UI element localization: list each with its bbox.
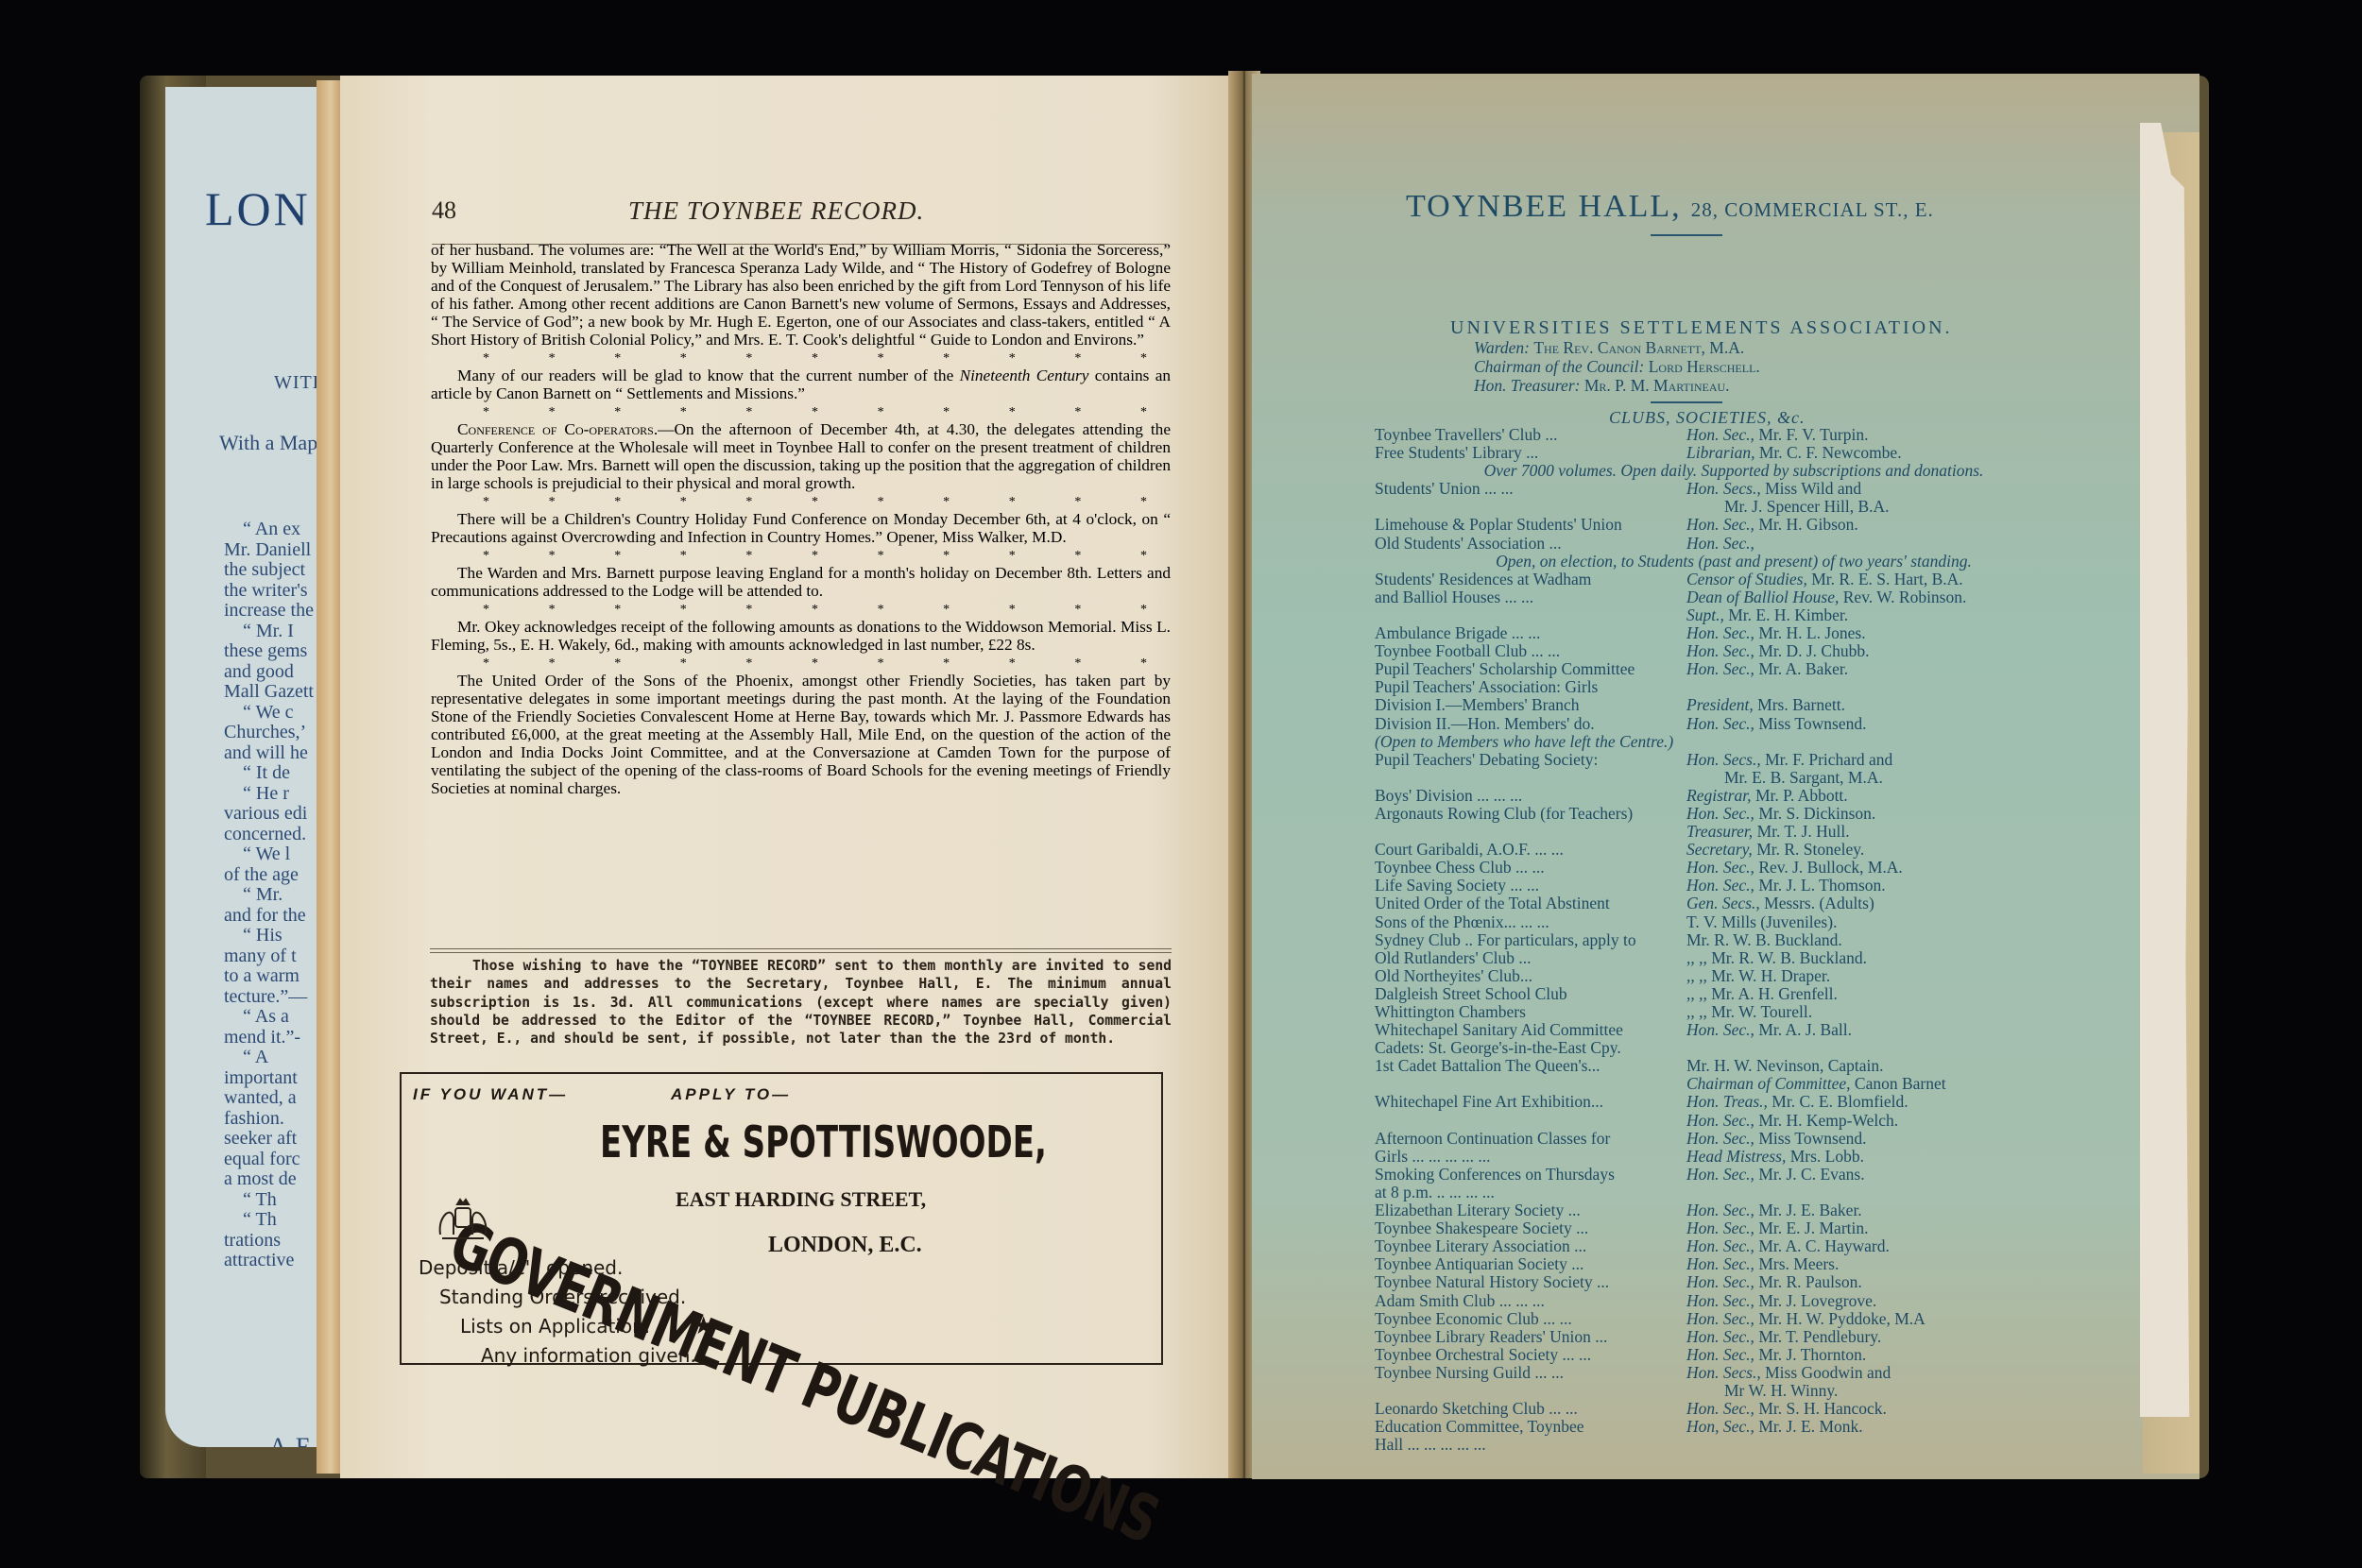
ad-street: EAST HARDING STREET, bbox=[676, 1187, 926, 1212]
paragraph-library: of her husband. The volumes are: “The We… bbox=[431, 241, 1171, 349]
club-name: Dalgleish Street School Club bbox=[1375, 985, 1686, 1003]
star-glyph: * bbox=[549, 349, 556, 366]
paragraph-donations: Mr. Okey acknowledges receipt of the fol… bbox=[431, 618, 1171, 654]
right-page[interactable]: TOYNBEE HALL,28, COMMERCIAL ST., E. UNIV… bbox=[1252, 74, 2199, 1479]
club-row: Free Students' Library ...Librarian, Mr.… bbox=[1375, 444, 2093, 462]
club-officer: Librarian, Mr. C. F. Newcombe. bbox=[1686, 444, 2093, 462]
officer-chairman: Chairman of the Council: Lord Herschell. bbox=[1474, 357, 1760, 377]
star-glyph: * bbox=[483, 402, 489, 420]
star-glyph: * bbox=[812, 600, 818, 618]
club-row: Leonardo Sketching Club ... ...Hon. Sec.… bbox=[1375, 1400, 2093, 1418]
club-row: Whittington Chambers,, ,, Mr. W. Tourell… bbox=[1375, 1003, 2093, 1021]
club-name: Ambulance Brigade ... ... bbox=[1375, 624, 1686, 642]
star-glyph: * bbox=[1009, 349, 1016, 366]
star-glyph: * bbox=[943, 654, 950, 672]
paragraph-conference: Conference of Co-operators.—On the after… bbox=[431, 420, 1171, 492]
star-glyph: * bbox=[943, 546, 950, 564]
club-officer: Dean of Balliol House, Rev. W. Robinson. bbox=[1686, 588, 2093, 606]
star-glyph: * bbox=[1074, 654, 1081, 672]
club-row: Elizabethan Literary Society ...Hon. Sec… bbox=[1375, 1202, 2093, 1219]
article-body: of her husband. The volumes are: “The We… bbox=[431, 241, 1171, 797]
association-heading: UNIVERSITIES SETTLEMENTS ASSOCIATION. bbox=[1450, 317, 1953, 339]
club-officer: Secretary, Mr. R. Stoneley. bbox=[1686, 841, 2093, 859]
star-glyph: * bbox=[680, 492, 687, 510]
club-officer: Hon. Sec., Mr. H. W. Pyddoke, M.A bbox=[1686, 1310, 2093, 1328]
club-officer: President, Mrs. Barnett. bbox=[1686, 696, 2093, 714]
star-glyph: * bbox=[812, 546, 818, 564]
club-name: Elizabethan Literary Society ... bbox=[1375, 1202, 1686, 1219]
club-name: Whittington Chambers bbox=[1375, 1003, 1686, 1021]
club-officer bbox=[1686, 678, 2093, 696]
club-officer: Hon. Sec., Mr. H. Kemp-Welch. bbox=[1686, 1112, 2093, 1130]
club-officer: Hon, Sec., Mr. J. E. Monk. bbox=[1686, 1418, 2093, 1436]
club-name: Toynbee Literary Association ... bbox=[1375, 1237, 1686, 1255]
club-officer: Hon. Secs., Miss Wild and bbox=[1686, 480, 2093, 498]
club-row: Hall ... ... ... ... ... bbox=[1375, 1436, 2093, 1454]
star-glyph: * bbox=[549, 654, 556, 672]
star-glyph: * bbox=[1140, 600, 1147, 618]
club-row: Toynbee Economic Club ... ...Hon. Sec., … bbox=[1375, 1310, 2093, 1328]
star-glyph: * bbox=[680, 546, 687, 564]
address: 28, COMMERCIAL ST., E. bbox=[1691, 198, 1934, 221]
club-officer: Mr. H. W. Nevinson, Captain. bbox=[1686, 1057, 2093, 1075]
club-name: Students' Residences at Wadham bbox=[1375, 571, 1686, 588]
club-name bbox=[1375, 823, 1686, 841]
star-separator: *********** bbox=[431, 349, 1171, 366]
star-glyph: * bbox=[878, 349, 884, 366]
club-name: Whitechapel Sanitary Aid Committee bbox=[1375, 1021, 1686, 1039]
club-officer: Hon. Sec., Mr. S. Dickinson. bbox=[1686, 805, 2093, 823]
officer-warden: Warden: The Rev. Canon Barnett, M.A. bbox=[1474, 338, 1744, 358]
star-separator: *********** bbox=[431, 546, 1171, 564]
club-row: Pupil Teachers' Association: Girls bbox=[1375, 678, 2093, 696]
club-name: Sydney Club .. For particulars, apply to bbox=[1375, 931, 1686, 949]
star-glyph: * bbox=[549, 600, 556, 618]
star-glyph: * bbox=[745, 546, 752, 564]
club-officer: Supt., Mr. E. H. Kimber. bbox=[1686, 606, 2093, 624]
club-name bbox=[1375, 1112, 1686, 1130]
star-glyph: * bbox=[878, 600, 884, 618]
star-glyph: * bbox=[1140, 546, 1147, 564]
club-row: Life Saving Society ... ...Hon. Sec., Mr… bbox=[1375, 877, 2093, 895]
club-row: Whitechapel Fine Art Exhibition...Hon. T… bbox=[1375, 1093, 2093, 1111]
club-officer: Hon. Secs., Mr. F. Prichard and bbox=[1686, 751, 2093, 769]
club-name: Toynbee Travellers' Club ... bbox=[1375, 426, 1686, 444]
torn-flyleaf bbox=[2140, 123, 2192, 1417]
club-row: Girls ... ... ... ... ...Head Mistress, … bbox=[1375, 1148, 2093, 1166]
club-row: Toynbee Chess Club ... ...Hon. Sec., Rev… bbox=[1375, 859, 2093, 877]
leaf-title-fragment: LON bbox=[205, 181, 311, 236]
club-name: Pupil Teachers' Association: Girls bbox=[1375, 678, 1686, 696]
club-officer: Hon. Sec., Mr. D. J. Chubb. bbox=[1686, 642, 2093, 660]
star-glyph: * bbox=[680, 600, 687, 618]
star-glyph: * bbox=[1009, 492, 1016, 510]
club-row: Students' Union ... ...Hon. Secs., Miss … bbox=[1375, 480, 2093, 498]
club-name: Toynbee Orchestral Society ... ... bbox=[1375, 1346, 1686, 1364]
star-glyph: * bbox=[812, 402, 818, 420]
star-separator: *********** bbox=[431, 492, 1171, 510]
star-glyph: * bbox=[812, 492, 818, 510]
club-row: Toynbee Literary Association ...Hon. Sec… bbox=[1375, 1237, 2093, 1255]
star-glyph: * bbox=[614, 546, 621, 564]
star-glyph: * bbox=[483, 492, 489, 510]
club-row: Division I.—Members' BranchPresident, Mr… bbox=[1375, 696, 2093, 714]
club-row: Education Committee, ToynbeeHon, Sec., M… bbox=[1375, 1418, 2093, 1436]
club-name: Smoking Conferences on Thursdays bbox=[1375, 1166, 1686, 1184]
club-name: at 8 p.m. .. ... ... ... bbox=[1375, 1184, 1686, 1202]
star-glyph: * bbox=[1074, 349, 1081, 366]
club-row: 1st Cadet Battalion The Queen's... Mr. H… bbox=[1375, 1057, 2093, 1075]
star-glyph: * bbox=[943, 492, 950, 510]
star-glyph: * bbox=[483, 349, 489, 366]
club-name: Court Garibaldi, A.O.F. ... ... bbox=[1375, 841, 1686, 859]
club-name: Students' Union ... ... bbox=[1375, 480, 1686, 498]
leaf-footer-fragment: A F bbox=[269, 1433, 311, 1447]
club-row: Toynbee Natural History Society ...Hon. … bbox=[1375, 1273, 2093, 1291]
club-name: Division II.—Hon. Members' do. bbox=[1375, 715, 1686, 733]
star-glyph: * bbox=[745, 654, 752, 672]
title-rule bbox=[1651, 234, 1722, 236]
club-officer bbox=[1686, 1039, 2093, 1057]
club-name: Leonardo Sketching Club ... ... bbox=[1375, 1400, 1686, 1418]
club-row: at 8 p.m. .. ... ... ... bbox=[1375, 1184, 2093, 1202]
section-heading: Conference of Co-operators.— bbox=[457, 420, 674, 438]
club-row: Toynbee Orchestral Society ... ...Hon. S… bbox=[1375, 1346, 2093, 1364]
club-row: Smoking Conferences on ThursdaysHon. Sec… bbox=[1375, 1166, 2093, 1184]
club-name: Toynbee Chess Club ... ... bbox=[1375, 859, 1686, 877]
star-glyph: * bbox=[812, 654, 818, 672]
club-row: Toynbee Football Club ... ...Hon. Sec., … bbox=[1375, 642, 2093, 660]
club-name: Sons of the Phœnix... ... ... bbox=[1375, 913, 1686, 931]
club-row: Sons of the Phœnix... ... ... T. V. Mill… bbox=[1375, 913, 2093, 931]
club-officer: Hon. Sec., Mr. H. Gibson. bbox=[1686, 516, 2093, 534]
star-glyph: * bbox=[878, 654, 884, 672]
club-officer bbox=[1686, 1184, 2093, 1202]
club-name: Old Northeyites' Club... bbox=[1375, 967, 1686, 985]
club-officer: ,, ,, Mr. A. H. Grenfell. bbox=[1686, 985, 2093, 1003]
club-name: Cadets: St. George's-in-the-East Cpy. bbox=[1375, 1039, 1686, 1057]
club-row: Ambulance Brigade ... ...Hon. Sec., Mr. … bbox=[1375, 624, 2093, 642]
club-name: United Order of the Total Abstinent bbox=[1375, 895, 1686, 912]
club-officer: Hon. Sec., Miss Townsend. bbox=[1686, 1130, 2093, 1148]
club-officer: Mr. R. W. B. Buckland. bbox=[1686, 931, 2093, 949]
club-officer: ,, ,, Mr. W. Tourell. bbox=[1686, 1003, 2093, 1021]
star-glyph: * bbox=[878, 492, 884, 510]
ad-firm-name: EYRE & SPOTTISWOODE, bbox=[600, 1117, 869, 1168]
club-name: Pupil Teachers' Scholarship Committee bbox=[1375, 660, 1686, 678]
club-officer: Hon. Sec., Rev. J. Bullock, M.A. bbox=[1686, 859, 2093, 877]
royal-crest-icon bbox=[435, 1197, 491, 1242]
star-icon: ★ bbox=[693, 1312, 714, 1340]
star-glyph: * bbox=[1074, 402, 1081, 420]
star-separator: *********** bbox=[431, 402, 1171, 420]
star-glyph: * bbox=[1140, 349, 1147, 366]
clubs-list: Toynbee Travellers' Club ...Hon. Sec., M… bbox=[1375, 426, 2093, 1454]
club-officer: Censor of Studies, Mr. R. E. S. Hart, B.… bbox=[1686, 571, 2093, 588]
club-name: Toynbee Shakespeare Society ... bbox=[1375, 1219, 1686, 1237]
club-officer: Chairman of Committee, Canon Barnet bbox=[1686, 1075, 2093, 1093]
club-row: and Balliol Houses ... ...Dean of Ballio… bbox=[1375, 588, 2093, 606]
club-row: Toynbee Shakespeare Society ...Hon. Sec.… bbox=[1375, 1219, 2093, 1237]
club-name: Old Rutlanders' Club ... bbox=[1375, 949, 1686, 967]
club-name: Toynbee Natural History Society ... bbox=[1375, 1273, 1686, 1291]
advertisement: IF YOU WANT— APPLY TO— EYRE & SPOTTISWOO… bbox=[400, 1072, 1163, 1365]
ad-service-lines: Deposit a/c's opened. Standing Orders re… bbox=[419, 1253, 696, 1371]
star-glyph: * bbox=[549, 492, 556, 510]
page-title: TOYNBEE HALL,28, COMMERCIAL ST., E. bbox=[1406, 189, 1934, 225]
star-glyph: * bbox=[1074, 546, 1081, 564]
club-row: Treasurer, Mr. T. J. Hull. bbox=[1375, 823, 2093, 841]
star-glyph: * bbox=[614, 492, 621, 510]
club-note: Open, on election, to Students (past and… bbox=[1375, 553, 2093, 571]
club-row: Old Northeyites' Club...,, ,, Mr. W. H. … bbox=[1375, 967, 2093, 985]
club-row: Dalgleish Street School Club,, ,, Mr. A.… bbox=[1375, 985, 2093, 1003]
paragraph-nineteenth-century: Many of our readers will be glad to know… bbox=[431, 366, 1171, 402]
club-row: Boys' Division ... ... ...Registrar, Mr.… bbox=[1375, 787, 2093, 805]
club-officer: Hon. Sec., Mr. J. L. Thomson. bbox=[1686, 877, 2093, 895]
star-glyph: * bbox=[1140, 492, 1147, 510]
club-name: Toynbee Economic Club ... ... bbox=[1375, 1310, 1686, 1328]
star-glyph: * bbox=[483, 546, 489, 564]
star-glyph: * bbox=[549, 546, 556, 564]
leaf-quote-fragments: “ An ex Mr. Daniell the subject the writ… bbox=[224, 520, 314, 1271]
star-glyph: * bbox=[614, 349, 621, 366]
star-glyph: * bbox=[943, 600, 950, 618]
club-row: Division II.—Hon. Members' do.Hon. Sec.,… bbox=[1375, 715, 2093, 733]
club-officer: Hon. Sec., Mr. H. L. Jones. bbox=[1686, 624, 2093, 642]
page-number: 48 bbox=[432, 196, 456, 225]
club-officer: Hon. Sec., Mr. T. Pendlebury. bbox=[1686, 1328, 2093, 1346]
club-name: Hall ... ... ... ... ... bbox=[1375, 1436, 1686, 1454]
club-row: Hon. Sec., Mr. H. Kemp-Welch. bbox=[1375, 1112, 2093, 1130]
club-officer bbox=[1686, 1436, 2093, 1454]
club-name bbox=[1375, 606, 1686, 624]
club-row: Toynbee Travellers' Club ...Hon. Sec., M… bbox=[1375, 426, 2093, 444]
club-name: Education Committee, Toynbee bbox=[1375, 1418, 1686, 1436]
star-glyph: * bbox=[614, 654, 621, 672]
star-glyph: * bbox=[549, 402, 556, 420]
club-officer: Treasurer, Mr. T. J. Hull. bbox=[1686, 823, 2093, 841]
club-row: Students' Residences at WadhamCensor of … bbox=[1375, 571, 2093, 588]
club-name bbox=[1375, 1075, 1686, 1093]
star-glyph: * bbox=[680, 349, 687, 366]
club-note: Over 7000 volumes. Open daily. Supported… bbox=[1375, 462, 2093, 480]
star-glyph: * bbox=[1009, 600, 1016, 618]
club-name: Boys' Division ... ... ... bbox=[1375, 787, 1686, 805]
club-officer: Hon. Sec., Mr. J. Thornton. bbox=[1686, 1346, 2093, 1364]
star-glyph: * bbox=[745, 402, 752, 420]
club-row: Sydney Club .. For particulars, apply to… bbox=[1375, 931, 2093, 949]
star-glyph: * bbox=[614, 402, 621, 420]
club-row: Supt., Mr. E. H. Kimber. bbox=[1375, 606, 2093, 624]
paragraph-warden-holiday: The Warden and Mrs. Barnett purpose leav… bbox=[431, 564, 1171, 600]
star-glyph: * bbox=[1140, 402, 1147, 420]
leaf-map-fragment: With a Map bbox=[219, 431, 317, 455]
star-glyph: * bbox=[483, 654, 489, 672]
star-glyph: * bbox=[745, 492, 752, 510]
paragraph-phoenix: The United Order of the Sons of the Phoe… bbox=[431, 672, 1171, 797]
star-glyph: * bbox=[614, 600, 621, 618]
club-name: Life Saving Society ... ... bbox=[1375, 877, 1686, 895]
club-row: Limehouse & Poplar Students' UnionHon. S… bbox=[1375, 516, 2093, 534]
star-glyph: * bbox=[745, 349, 752, 366]
club-officer: Hon. Sec., Mr. A. J. Ball. bbox=[1686, 1021, 2093, 1039]
club-officer: Hon. Sec., Mr. J. E. Baker. bbox=[1686, 1202, 2093, 1219]
club-name: Toynbee Football Club ... ... bbox=[1375, 642, 1686, 660]
star-glyph: * bbox=[812, 349, 818, 366]
club-row: Toynbee Nursing Guild ... ...Hon. Secs.,… bbox=[1375, 1364, 2093, 1382]
club-row: Pupil Teachers' Debating Society:Hon. Se… bbox=[1375, 751, 2093, 769]
club-name: Whitechapel Fine Art Exhibition... bbox=[1375, 1093, 1686, 1111]
ad-if-you-want: IF YOU WANT— bbox=[413, 1085, 568, 1104]
club-officer: Registrar, Mr. P. Abbott. bbox=[1686, 787, 2093, 805]
club-officer: Hon. Sec., Mr. F. V. Turpin. bbox=[1686, 426, 2093, 444]
club-officer: Hon. Sec., Mr. S. H. Hancock. bbox=[1686, 1400, 2093, 1418]
club-officer: T. V. Mills (Juveniles). bbox=[1686, 913, 2093, 931]
club-name: Girls ... ... ... ... ... bbox=[1375, 1148, 1686, 1166]
star-glyph: * bbox=[745, 600, 752, 618]
club-row: Chairman of Committee, Canon Barnet bbox=[1375, 1075, 2093, 1093]
club-name: Limehouse & Poplar Students' Union bbox=[1375, 516, 1686, 534]
star-glyph: * bbox=[483, 600, 489, 618]
club-row: Cadets: St. George's-in-the-East Cpy. bbox=[1375, 1039, 2093, 1057]
club-officer: ,, ,, Mr. R. W. B. Buckland. bbox=[1686, 949, 2093, 967]
club-officer: Hon. Treas., Mr. C. E. Blomfield. bbox=[1686, 1093, 2093, 1111]
star-glyph: * bbox=[878, 402, 884, 420]
club-row: Adam Smith Club ... ... ...Hon. Sec., Mr… bbox=[1375, 1292, 2093, 1310]
running-head-title: THE TOYNBEE RECORD. bbox=[628, 196, 924, 226]
club-name: Toynbee Antiquarian Society ... bbox=[1375, 1255, 1686, 1273]
star-glyph: * bbox=[1074, 600, 1081, 618]
star-glyph: * bbox=[1009, 402, 1016, 420]
club-name: Afternoon Continuation Classes for bbox=[1375, 1130, 1686, 1148]
star-glyph: * bbox=[878, 546, 884, 564]
club-row-cont: Mr. E. B. Sargant, M.A. bbox=[1375, 769, 2093, 787]
club-row: Old Rutlanders' Club ...,, ,, Mr. R. W. … bbox=[1375, 949, 2093, 967]
club-officer: Hon. Sec., Mr. E. J. Martin. bbox=[1686, 1219, 2093, 1237]
club-row: United Order of the Total AbstinentGen. … bbox=[1375, 895, 2093, 912]
club-row-cont: Mr. J. Spencer Hill, B.A. bbox=[1375, 498, 2093, 516]
club-row: Old Students' Association ...Hon. Sec., bbox=[1375, 535, 2093, 553]
club-name: Division I.—Members' Branch bbox=[1375, 696, 1686, 714]
club-officer: Hon. Sec., Mr. J. Lovegrove. bbox=[1686, 1292, 2093, 1310]
club-row: Afternoon Continuation Classes forHon. S… bbox=[1375, 1130, 2093, 1148]
paragraph-holiday-fund: There will be a Children's Country Holid… bbox=[431, 510, 1171, 546]
subscription-notice: Those wishing to have the “TOYNBEE RECOR… bbox=[430, 957, 1172, 1048]
ad-apply-to: APPLY TO— bbox=[671, 1085, 791, 1104]
club-officer: Hon. Sec., Miss Townsend. bbox=[1686, 715, 2093, 733]
club-name: Adam Smith Club ... ... ... bbox=[1375, 1292, 1686, 1310]
club-row: Argonauts Rowing Club (for Teachers)Hon.… bbox=[1375, 805, 2093, 823]
section-rule bbox=[1651, 401, 1722, 403]
club-row: Pupil Teachers' Scholarship CommitteeHon… bbox=[1375, 660, 2093, 678]
star-glyph: * bbox=[680, 654, 687, 672]
club-officer: Gen. Secs., Messrs. (Adults) bbox=[1686, 895, 2093, 912]
club-name: Toynbee Library Readers' Union ... bbox=[1375, 1328, 1686, 1346]
inserted-leaf: LON WITH With a Map “ An ex Mr. Daniell … bbox=[165, 87, 335, 1447]
star-glyph: * bbox=[1009, 546, 1016, 564]
star-separator: *********** bbox=[431, 654, 1171, 672]
notice-rule bbox=[430, 948, 1172, 953]
club-name: Free Students' Library ... bbox=[1375, 444, 1686, 462]
ad-city: LONDON, E.C. bbox=[768, 1233, 922, 1258]
club-name: and Balliol Houses ... ... bbox=[1375, 588, 1686, 606]
club-officer: Hon. Sec., Mr. A. C. Hayward. bbox=[1686, 1237, 2093, 1255]
club-officer: ,, ,, Mr. W. H. Draper. bbox=[1686, 967, 2093, 985]
club-name: 1st Cadet Battalion The Queen's... bbox=[1375, 1057, 1686, 1075]
club-officer: Hon. Sec., Mrs. Meers. bbox=[1686, 1255, 2093, 1273]
club-row: Court Garibaldi, A.O.F. ... ...Secretary… bbox=[1375, 841, 2093, 859]
star-separator: *********** bbox=[431, 600, 1171, 618]
club-officer: Hon. Sec., Mr. J. C. Evans. bbox=[1686, 1166, 2093, 1184]
star-glyph: * bbox=[1009, 654, 1016, 672]
club-row: Toynbee Antiquarian Society ...Hon. Sec.… bbox=[1375, 1255, 2093, 1273]
officer-treasurer: Hon. Treasurer: Mr. P. M. Martineau. bbox=[1474, 376, 1730, 396]
club-officer: Hon. Secs., Miss Goodwin and bbox=[1686, 1364, 2093, 1382]
club-row-cont: Mr W. H. Winny. bbox=[1375, 1382, 2093, 1400]
star-glyph: * bbox=[1140, 654, 1147, 672]
club-name: Pupil Teachers' Debating Society: bbox=[1375, 751, 1686, 769]
club-officer: Hon. Sec., Mr. A. Baker. bbox=[1686, 660, 2093, 678]
club-officer: Hon. Sec., bbox=[1686, 535, 2093, 553]
club-name: Argonauts Rowing Club (for Teachers) bbox=[1375, 805, 1686, 823]
star-glyph: * bbox=[943, 402, 950, 420]
club-row: Whitechapel Sanitary Aid CommitteeHon. S… bbox=[1375, 1021, 2093, 1039]
club-officer: Head Mistress, Mrs. Lobb. bbox=[1686, 1148, 2093, 1166]
star-glyph: * bbox=[943, 349, 950, 366]
club-name: Toynbee Nursing Guild ... ... bbox=[1375, 1364, 1686, 1382]
star-glyph: * bbox=[680, 402, 687, 420]
club-row: Toynbee Library Readers' Union ...Hon. S… bbox=[1375, 1328, 2093, 1346]
club-name: Old Students' Association ... bbox=[1375, 535, 1686, 553]
club-note: (Open to Members who have left the Centr… bbox=[1375, 733, 2093, 751]
star-glyph: * bbox=[1074, 492, 1081, 510]
club-officer: Hon. Sec., Mr. R. Paulson. bbox=[1686, 1273, 2093, 1291]
